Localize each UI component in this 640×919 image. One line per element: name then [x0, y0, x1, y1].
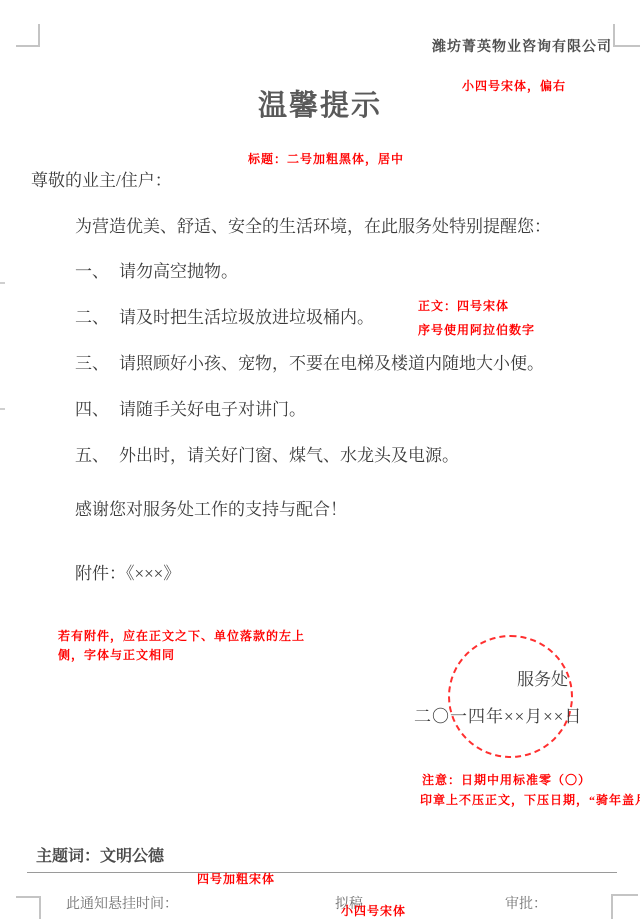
- salutation: 尊敬的业主/住户：: [31, 166, 172, 191]
- document-page: 潍坊菁英物业咨询有限公司 小四号宋体，偏右 温馨提示 标题：二号加粗黑体，居中 …: [0, 0, 640, 919]
- margin-mark-top-left-vertical: [38, 24, 40, 47]
- attachment-line: 附件：《×××》: [75, 559, 180, 584]
- margin-mark-top-right-vertical: [613, 24, 615, 47]
- closing-thanks: 感谢您对服务处工作的支持与配合！: [75, 495, 347, 520]
- list-item-number: 二、: [75, 303, 119, 328]
- margin-mark-bottom-left-horizontal: [16, 896, 41, 898]
- annotation-numbering: 序号使用阿拉伯数字: [418, 321, 535, 338]
- list-item-text: 请勿高空抛物。: [119, 262, 238, 281]
- approve-label: 审批：: [505, 893, 547, 913]
- intro-paragraph: 为营造优美、舒适、安全的生活环境，在此服务处特别提醒您：: [75, 212, 551, 237]
- annotation-subject-font: 四号加粗宋体: [197, 870, 275, 887]
- document-date: 二〇一四年××月××日: [414, 702, 582, 727]
- subject-keywords: 主题词：文明公德: [36, 843, 164, 866]
- list-item: 二、请及时把生活垃圾放进垃圾桶内。: [75, 303, 374, 328]
- company-name: 潍坊菁英物业咨询有限公司: [432, 36, 612, 56]
- list-item-number: 三、: [75, 349, 119, 374]
- annotation-stamp-rule: 印章上不压正文，下压日期，“骑年盖月”: [420, 791, 640, 808]
- list-item: 三、请照顾好小孩、宠物，不要在电梯及楼道内随地大小便。: [75, 349, 544, 374]
- list-item-number: 一、: [75, 257, 119, 282]
- annotation-date-zero: 注意：日期中用标准零（〇）: [422, 771, 591, 788]
- annotation-attachment-rule: 若有附件，应在正文之下、单位落款的左上侧，字体与正文相同: [58, 627, 308, 665]
- list-item-text: 请随手关好电子对讲门。: [119, 400, 306, 419]
- list-item: 五、外出时，请关好门窗、煤气、水龙头及电源。: [75, 441, 459, 466]
- footer-divider: [27, 872, 617, 873]
- list-item-number: 五、: [75, 441, 119, 466]
- list-item-text: 请照顾好小孩、宠物，不要在电梯及楼道内随地大小便。: [119, 354, 544, 373]
- list-item-text: 请及时把生活垃圾放进垃圾桶内。: [119, 308, 374, 327]
- list-item: 四、请随手关好电子对讲门。: [75, 395, 306, 420]
- margin-mark-bottom-right-vertical: [611, 894, 613, 919]
- annotation-title-font: 标题：二号加粗黑体，居中: [248, 150, 404, 167]
- hang-time-label: 此通知悬挂时间：: [66, 893, 178, 913]
- left-edge-tick-2: [0, 408, 5, 410]
- list-item-text: 外出时，请关好门窗、煤气、水龙头及电源。: [119, 446, 459, 465]
- margin-mark-top-right-horizontal: [613, 45, 640, 47]
- signature-department: 服务处: [517, 665, 568, 690]
- left-edge-tick-1: [0, 282, 5, 284]
- list-item-number: 四、: [75, 395, 119, 420]
- margin-mark-bottom-right-horizontal: [611, 894, 638, 896]
- stamp-placeholder-circle: [448, 635, 573, 758]
- margin-mark-top-left-horizontal: [16, 45, 40, 47]
- annotation-footer-font: 小四号宋体: [341, 902, 406, 919]
- margin-mark-bottom-left-vertical: [39, 896, 41, 919]
- annotation-body-font: 正文：四号宋体: [418, 297, 509, 314]
- document-title: 温馨提示: [0, 83, 640, 124]
- list-item: 一、请勿高空抛物。: [75, 257, 238, 282]
